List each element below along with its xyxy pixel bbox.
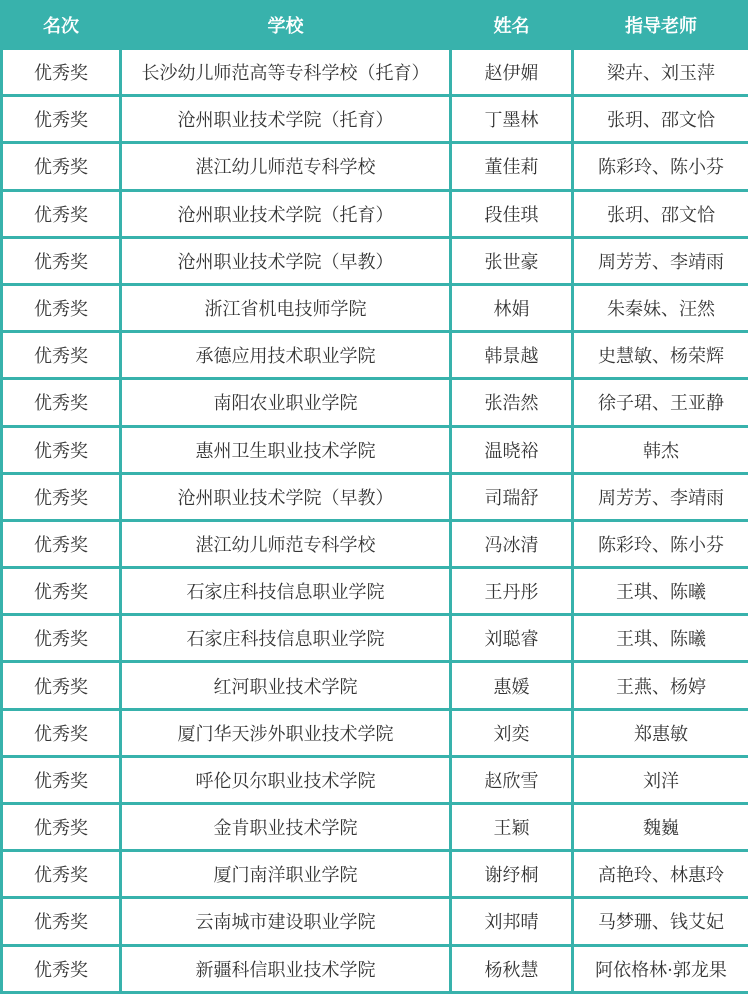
cell-name: 谢纾桐 xyxy=(451,851,573,898)
cell-school: 南阳农业职业学院 xyxy=(121,379,451,426)
cell-name: 王丹彤 xyxy=(451,568,573,615)
cell-teachers: 王琪、陈曦 xyxy=(573,568,748,615)
cell-school: 厦门华天涉外职业技术学院 xyxy=(121,709,451,756)
cell-teachers: 周芳芳、李靖雨 xyxy=(573,473,748,520)
cell-name: 刘邦晴 xyxy=(451,898,573,945)
table-row: 优秀奖长沙幼儿师范高等专科学校（托育）赵伊媚梁卉、刘玉萍 xyxy=(2,49,748,96)
cell-rank: 优秀奖 xyxy=(2,615,121,662)
cell-teachers: 张玥、邵文恰 xyxy=(573,190,748,237)
cell-name: 王颖 xyxy=(451,804,573,851)
header-teachers: 指导老师 xyxy=(573,2,748,49)
cell-rank: 优秀奖 xyxy=(2,143,121,190)
cell-teachers: 魏巍 xyxy=(573,804,748,851)
cell-teachers: 梁卉、刘玉萍 xyxy=(573,49,748,96)
table-row: 优秀奖湛江幼儿师范专科学校董佳莉陈彩玲、陈小芬 xyxy=(2,143,748,190)
table-row: 优秀奖金肯职业技术学院王颖魏巍 xyxy=(2,804,748,851)
cell-school: 金肯职业技术学院 xyxy=(121,804,451,851)
cell-school: 沧州职业技术学院（早教） xyxy=(121,237,451,284)
table-row: 优秀奖新疆科信职业技术学院杨秋慧阿依格林·郭龙果 xyxy=(2,945,748,992)
cell-name: 杨秋慧 xyxy=(451,945,573,992)
cell-name: 温晓裕 xyxy=(451,426,573,473)
cell-rank: 优秀奖 xyxy=(2,709,121,756)
cell-teachers: 阿依格林·郭龙果 xyxy=(573,945,748,992)
cell-rank: 优秀奖 xyxy=(2,332,121,379)
cell-rank: 优秀奖 xyxy=(2,662,121,709)
header-school: 学校 xyxy=(121,2,451,49)
table-row: 优秀奖沧州职业技术学院（托育）丁墨林张玥、邵文恰 xyxy=(2,96,748,143)
table-row: 优秀奖沧州职业技术学院（托育）段佳琪张玥、邵文恰 xyxy=(2,190,748,237)
header-name: 姓名 xyxy=(451,2,573,49)
cell-rank: 优秀奖 xyxy=(2,473,121,520)
table-row: 优秀奖厦门南洋职业学院谢纾桐高艳玲、林惠玲 xyxy=(2,851,748,898)
cell-name: 林娟 xyxy=(451,284,573,331)
cell-school: 石家庄科技信息职业学院 xyxy=(121,568,451,615)
cell-rank: 优秀奖 xyxy=(2,945,121,992)
cell-rank: 优秀奖 xyxy=(2,190,121,237)
cell-teachers: 高艳玲、林惠玲 xyxy=(573,851,748,898)
table-row: 优秀奖沧州职业技术学院（早教）司瑞舒周芳芳、李靖雨 xyxy=(2,473,748,520)
cell-school: 石家庄科技信息职业学院 xyxy=(121,615,451,662)
cell-teachers: 陈彩玲、陈小芬 xyxy=(573,520,748,567)
cell-school: 长沙幼儿师范高等专科学校（托育） xyxy=(121,49,451,96)
cell-teachers: 韩杰 xyxy=(573,426,748,473)
table-body: 优秀奖长沙幼儿师范高等专科学校（托育）赵伊媚梁卉、刘玉萍优秀奖沧州职业技术学院（… xyxy=(2,49,748,993)
table-row: 优秀奖承德应用技术职业学院韩景越史慧敏、杨荣辉 xyxy=(2,332,748,379)
cell-teachers: 马梦珊、钱艾妃 xyxy=(573,898,748,945)
cell-school: 沧州职业技术学院（托育） xyxy=(121,190,451,237)
cell-name: 赵伊媚 xyxy=(451,49,573,96)
cell-name: 刘聪睿 xyxy=(451,615,573,662)
cell-name: 张浩然 xyxy=(451,379,573,426)
cell-school: 惠州卫生职业技术学院 xyxy=(121,426,451,473)
cell-rank: 优秀奖 xyxy=(2,96,121,143)
cell-rank: 优秀奖 xyxy=(2,898,121,945)
table-row: 优秀奖石家庄科技信息职业学院刘聪睿王琪、陈曦 xyxy=(2,615,748,662)
cell-name: 张世豪 xyxy=(451,237,573,284)
cell-rank: 优秀奖 xyxy=(2,49,121,96)
cell-teachers: 徐子珺、王亚静 xyxy=(573,379,748,426)
cell-rank: 优秀奖 xyxy=(2,804,121,851)
cell-school: 新疆科信职业技术学院 xyxy=(121,945,451,992)
table-row: 优秀奖呼伦贝尔职业技术学院赵欣雪刘洋 xyxy=(2,756,748,803)
cell-teachers: 周芳芳、李靖雨 xyxy=(573,237,748,284)
cell-name: 冯冰清 xyxy=(451,520,573,567)
cell-teachers: 刘洋 xyxy=(573,756,748,803)
cell-rank: 优秀奖 xyxy=(2,520,121,567)
table-row: 优秀奖厦门华天涉外职业技术学院刘奕郑惠敏 xyxy=(2,709,748,756)
table-row: 优秀奖沧州职业技术学院（早教）张世豪周芳芳、李靖雨 xyxy=(2,237,748,284)
cell-rank: 优秀奖 xyxy=(2,851,121,898)
cell-name: 司瑞舒 xyxy=(451,473,573,520)
table-header: 名次 学校 姓名 指导老师 xyxy=(2,2,748,49)
cell-teachers: 陈彩玲、陈小芬 xyxy=(573,143,748,190)
cell-rank: 优秀奖 xyxy=(2,568,121,615)
table-row: 优秀奖红河职业技术学院惠媛王燕、杨婷 xyxy=(2,662,748,709)
cell-rank: 优秀奖 xyxy=(2,284,121,331)
cell-school: 承德应用技术职业学院 xyxy=(121,332,451,379)
cell-school: 云南城市建设职业学院 xyxy=(121,898,451,945)
cell-rank: 优秀奖 xyxy=(2,237,121,284)
cell-teachers: 王燕、杨婷 xyxy=(573,662,748,709)
cell-name: 董佳莉 xyxy=(451,143,573,190)
cell-teachers: 王琪、陈曦 xyxy=(573,615,748,662)
cell-school: 浙江省机电技师学院 xyxy=(121,284,451,331)
cell-school: 湛江幼儿师范专科学校 xyxy=(121,143,451,190)
table-row: 优秀奖云南城市建设职业学院刘邦晴马梦珊、钱艾妃 xyxy=(2,898,748,945)
table-row: 优秀奖南阳农业职业学院张浩然徐子珺、王亚静 xyxy=(2,379,748,426)
table-row: 优秀奖浙江省机电技师学院林娟朱秦妹、汪然 xyxy=(2,284,748,331)
cell-school: 呼伦贝尔职业技术学院 xyxy=(121,756,451,803)
cell-teachers: 史慧敏、杨荣辉 xyxy=(573,332,748,379)
cell-teachers: 朱秦妹、汪然 xyxy=(573,284,748,331)
header-row: 名次 学校 姓名 指导老师 xyxy=(2,2,748,49)
header-rank: 名次 xyxy=(2,2,121,49)
awards-table: 名次 学校 姓名 指导老师 优秀奖长沙幼儿师范高等专科学校（托育）赵伊媚梁卉、刘… xyxy=(0,0,748,994)
table-row: 优秀奖湛江幼儿师范专科学校冯冰清陈彩玲、陈小芬 xyxy=(2,520,748,567)
cell-name: 刘奕 xyxy=(451,709,573,756)
cell-rank: 优秀奖 xyxy=(2,426,121,473)
cell-name: 丁墨林 xyxy=(451,96,573,143)
cell-name: 惠媛 xyxy=(451,662,573,709)
cell-school: 厦门南洋职业学院 xyxy=(121,851,451,898)
cell-school: 沧州职业技术学院（早教） xyxy=(121,473,451,520)
cell-school: 湛江幼儿师范专科学校 xyxy=(121,520,451,567)
table-row: 优秀奖石家庄科技信息职业学院王丹彤王琪、陈曦 xyxy=(2,568,748,615)
cell-name: 段佳琪 xyxy=(451,190,573,237)
table-row: 优秀奖惠州卫生职业技术学院温晓裕韩杰 xyxy=(2,426,748,473)
cell-school: 沧州职业技术学院（托育） xyxy=(121,96,451,143)
cell-teachers: 郑惠敏 xyxy=(573,709,748,756)
cell-rank: 优秀奖 xyxy=(2,379,121,426)
cell-teachers: 张玥、邵文恰 xyxy=(573,96,748,143)
cell-name: 韩景越 xyxy=(451,332,573,379)
cell-rank: 优秀奖 xyxy=(2,756,121,803)
cell-school: 红河职业技术学院 xyxy=(121,662,451,709)
cell-name: 赵欣雪 xyxy=(451,756,573,803)
